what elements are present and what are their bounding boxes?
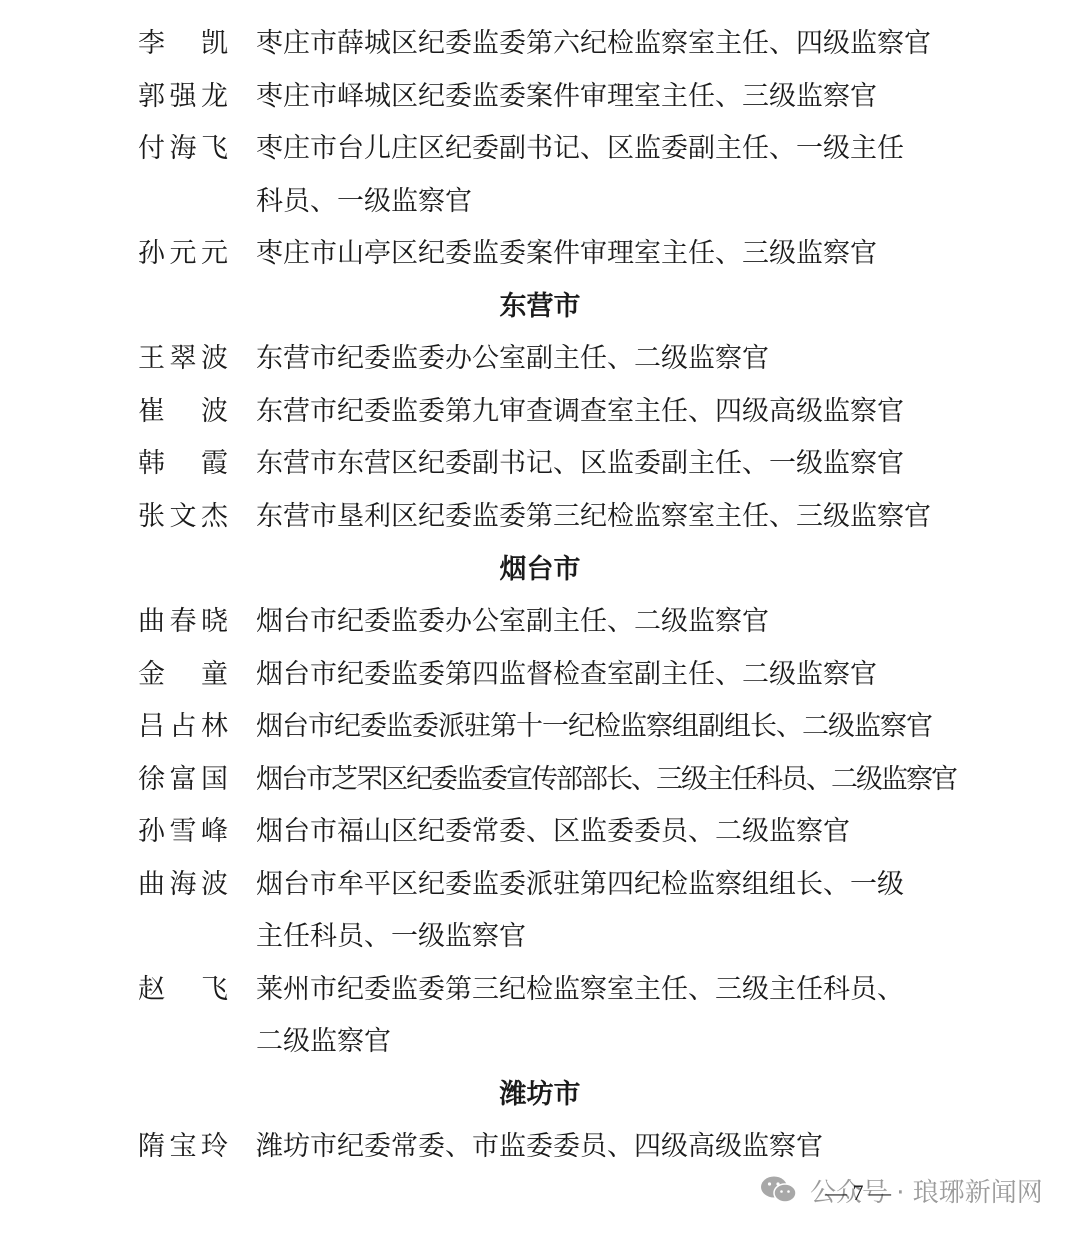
document-page: 李凯 枣庄市薛城区纪委监委第六纪检监察室主任、四级监察官 郭强龙 枣庄市峄城区纪… [0,0,1080,1235]
person-name: 孙元元 [138,228,228,280]
person-name: 徐富国 [138,754,228,806]
person-title: 东营市纪委监委第九审查调查室主任、四级高级监察官 [256,386,904,438]
person-name: 崔波 [138,386,228,438]
person-name: 隋宝玲 [138,1121,228,1173]
page-number: — 7 — [825,1180,891,1206]
person-name: 张文杰 [138,491,228,543]
person-name: 王翠波 [138,333,228,385]
person-title: 莱州市纪委监委第三纪检监察室主任、三级主任科员、 [256,964,904,1016]
person-name: 曲海波 [138,859,228,911]
person-title: 东营市东营区纪委副书记、区监委副主任、一级监察官 [256,438,904,490]
person-title: 烟台市纪委监委办公室副主任、二级监察官 [256,596,769,648]
person-name: 孙雪峰 [138,806,228,858]
section-heading: 烟台市 [0,544,1080,596]
wechat-icon [760,1175,798,1205]
person-title: 枣庄市山亭区纪委监委案件审理室主任、三级监察官 [256,228,877,280]
section-heading: 东营市 [0,281,1080,333]
watermark: 公众号 · 琅琊新闻网 [760,1170,1043,1210]
person-name: 李凯 [138,18,228,70]
person-title-continued: 科员、一级监察官 [256,176,472,228]
person-title: 枣庄市峄城区纪委监委案件审理室主任、三级监察官 [256,71,877,123]
person-name: 金童 [138,649,228,701]
person-title: 潍坊市纪委常委、市监委委员、四级高级监察官 [256,1121,823,1173]
person-title: 东营市垦利区纪委监委第三纪检监察室主任、三级监察官 [256,491,931,543]
person-name: 吕占林 [138,701,228,753]
person-name: 赵飞 [138,964,228,1016]
person-name: 郭强龙 [138,71,228,123]
person-title-continued: 主任科员、一级监察官 [256,911,526,963]
person-title: 烟台市福山区纪委常委、区监委委员、二级监察官 [256,806,850,858]
person-title: 枣庄市台儿庄区纪委副书记、区监委副主任、一级主任 [256,123,904,175]
person-name: 韩霞 [138,438,228,490]
person-title: 烟台市牟平区纪委监委派驻第四纪检监察组组长、一级 [256,859,904,911]
person-title: 枣庄市薛城区纪委监委第六纪检监察室主任、四级监察官 [256,18,931,70]
person-name: 付海飞 [138,123,228,175]
person-title: 东营市纪委监委办公室副主任、二级监察官 [256,333,769,385]
person-title-continued: 二级监察官 [256,1016,391,1068]
section-heading: 潍坊市 [0,1069,1080,1121]
person-title: 烟台市纪委监委第四监督检查室副主任、二级监察官 [256,649,877,701]
person-title: 烟台市纪委监委派驻第十一纪检监察组副组长、二级监察官 [256,701,932,753]
person-name: 曲春晓 [138,596,228,648]
person-title: 烟台市芝罘区纪委监委宣传部部长、三级主任科员、二级监察官 [256,754,956,806]
